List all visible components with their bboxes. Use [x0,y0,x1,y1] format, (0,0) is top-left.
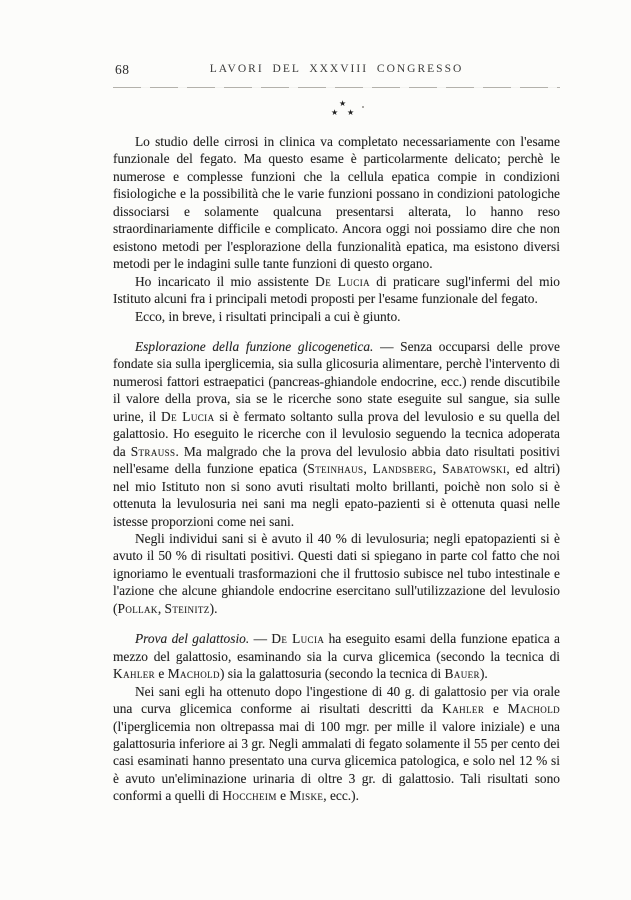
text-run: ). [480,666,488,681]
paragraph: Prova del galattosio. — De Lucia ha eseg… [113,630,560,682]
person-name: Machold [508,701,560,716]
text-run: ) sia la galattosuria (secondo la tecnic… [220,666,445,681]
person-name: Hoccheim [222,788,276,803]
section-heading: Prova del galattosio. [135,631,249,646]
section-heading: Esplorazione della funzione glicogenetic… [135,339,373,354]
text-run: , [363,461,372,476]
text-run: , [433,461,442,476]
page-number: 68 [115,62,130,78]
person-name: Machold [168,666,220,681]
page-body: Lo studio delle cirrosi in clinica va co… [113,133,560,805]
paragraph: Negli individui sani si è avuto il 40 % … [113,530,560,617]
text-run: e [277,788,290,803]
paragraph: Ho incaricato il mio assistente De Lucia… [113,273,560,308]
person-name: Kahler [442,701,484,716]
text-run: e [484,701,508,716]
person-name: Kahler [113,666,155,681]
person-name: Steinhaus [307,461,363,476]
paragraph: Esplorazione della funzione glicogenetic… [113,338,560,530]
text-run: , ecc.). [323,788,359,803]
person-name: Sabatowski [442,461,506,476]
running-title: LAVORI DEL XXXVIII CONGRESSO [113,61,560,75]
text-run: Lo studio delle cirrosi in clinica va co… [113,134,560,271]
person-name: Strauss [131,444,176,459]
person-name: Landsberg [373,461,433,476]
text-run: Ho incaricato il mio assistente [135,274,315,289]
text-run: — [249,631,271,646]
person-name: De Lucia [315,274,370,289]
text-run: e [155,666,168,681]
person-name: De Lucia [271,631,324,646]
paragraph: Ecco, in breve, i risultati principali a… [113,308,560,325]
person-name: Pollak [117,601,157,616]
scan-speck [362,106,364,108]
star-icon: ★ [339,100,346,108]
page-header: 68 LAVORI DEL XXXVIII CONGRESSO [113,61,560,79]
person-name: Bauer [445,666,480,681]
asterism-ornament: ★ ★ ★ [327,98,367,124]
paragraph: Lo studio delle cirrosi in clinica va co… [113,133,560,273]
header-rule [113,87,560,88]
document-page: 68 LAVORI DEL XXXVIII CONGRESSO ★ ★ ★ Lo… [0,0,631,900]
person-name: Steinitz [165,601,210,616]
text-run: Ecco, in breve, i risultati principali a… [135,309,401,324]
text-run: ). [210,601,218,616]
star-icon: ★ [331,109,338,117]
text-run: , [158,601,165,616]
star-icon: ★ [347,109,354,117]
paragraph: Nei sani egli ha ottenuto dopo l'ingesti… [113,683,560,805]
person-name: Miske [289,788,323,803]
person-name: De Lucia [161,409,214,424]
